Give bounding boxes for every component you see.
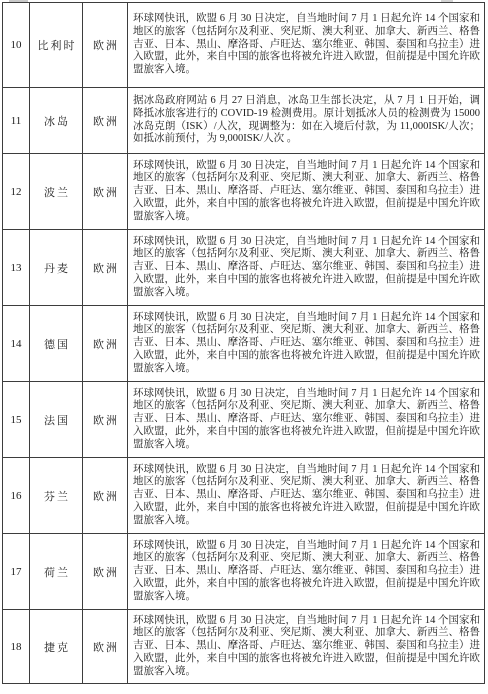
- description-cell: 据冰岛政府网站 6 月 27 日消息，冰岛卫生部长决定，从 7 月 1 日开始，…: [128, 88, 485, 154]
- region-cell: 欧洲: [83, 154, 128, 230]
- country-name-cell: 捷克: [30, 610, 83, 684]
- document-page: 10比利时欧洲环球网快讯，欧盟 6 月 30 日决定，自当地时间 7 月 1 日…: [0, 0, 488, 694]
- country-name-cell: 德国: [30, 306, 83, 382]
- description-cell: 环球网快讯，欧盟 6 月 30 日决定，自当地时间 7 月 1 日起允许 14 …: [128, 534, 485, 610]
- row-number-cell: 10: [3, 3, 30, 88]
- country-name-cell: 比利时: [30, 3, 83, 88]
- country-entry-table: 10比利时欧洲环球网快讯，欧盟 6 月 30 日决定，自当地时间 7 月 1 日…: [2, 2, 485, 684]
- description-cell: 环球网快讯，欧盟 6 月 30 日决定，自当地时间 7 月 1 日起允许 14 …: [128, 306, 485, 382]
- country-name-cell: 芬兰: [30, 458, 83, 534]
- description-cell: 环球网快讯，欧盟 6 月 30 日决定，自当地时间 7 月 1 日起允许 14 …: [128, 382, 485, 458]
- region-cell: 欧洲: [83, 88, 128, 154]
- row-number-cell: 11: [3, 88, 30, 154]
- description-cell: 环球网快讯，欧盟 6 月 30 日决定，自当地时间 7 月 1 日起允许 14 …: [128, 458, 485, 534]
- region-cell: 欧洲: [83, 458, 128, 534]
- row-number-cell: 14: [3, 306, 30, 382]
- description-cell: 环球网快讯，欧盟 6 月 30 日决定，自当地时间 7 月 1 日起允许 14 …: [128, 3, 485, 88]
- region-cell: 欧洲: [83, 230, 128, 306]
- row-number-cell: 17: [3, 534, 30, 610]
- row-number-cell: 18: [3, 610, 30, 684]
- table-row: 17荷兰欧洲环球网快讯，欧盟 6 月 30 日决定，自当地时间 7 月 1 日起…: [3, 534, 485, 610]
- description-cell: 环球网快讯，欧盟 6 月 30 日决定，自当地时间 7 月 1 日起允许 14 …: [128, 154, 485, 230]
- description-cell: 环球网快讯，欧盟 6 月 30 日决定，自当地时间 7 月 1 日起允许 14 …: [128, 230, 485, 306]
- region-cell: 欧洲: [83, 306, 128, 382]
- country-name-cell: 丹麦: [30, 230, 83, 306]
- row-number-cell: 13: [3, 230, 30, 306]
- region-cell: 欧洲: [83, 610, 128, 684]
- region-cell: 欧洲: [83, 382, 128, 458]
- row-number-cell: 15: [3, 382, 30, 458]
- table-row: 18捷克欧洲环球网快讯，欧盟 6 月 30 日决定，自当地时间 7 月 1 日起…: [3, 610, 485, 684]
- region-cell: 欧洲: [83, 3, 128, 88]
- table-row: 16芬兰欧洲环球网快讯，欧盟 6 月 30 日决定，自当地时间 7 月 1 日起…: [3, 458, 485, 534]
- table-row: 12波兰欧洲环球网快讯，欧盟 6 月 30 日决定，自当地时间 7 月 1 日起…: [3, 154, 485, 230]
- table-row: 11冰岛欧洲据冰岛政府网站 6 月 27 日消息，冰岛卫生部长决定，从 7 月 …: [3, 88, 485, 154]
- country-name-cell: 冰岛: [30, 88, 83, 154]
- table-row: 13丹麦欧洲环球网快讯，欧盟 6 月 30 日决定，自当地时间 7 月 1 日起…: [3, 230, 485, 306]
- description-cell: 环球网快讯，欧盟 6 月 30 日决定，自当地时间 7 月 1 日起允许 14 …: [128, 610, 485, 684]
- table-body: 10比利时欧洲环球网快讯，欧盟 6 月 30 日决定，自当地时间 7 月 1 日…: [3, 3, 485, 684]
- country-name-cell: 法国: [30, 382, 83, 458]
- row-number-cell: 16: [3, 458, 30, 534]
- table-row: 15法国欧洲环球网快讯，欧盟 6 月 30 日决定，自当地时间 7 月 1 日起…: [3, 382, 485, 458]
- country-name-cell: 荷兰: [30, 534, 83, 610]
- table-row: 14德国欧洲环球网快讯，欧盟 6 月 30 日决定，自当地时间 7 月 1 日起…: [3, 306, 485, 382]
- table-row: 10比利时欧洲环球网快讯，欧盟 6 月 30 日决定，自当地时间 7 月 1 日…: [3, 3, 485, 88]
- row-number-cell: 12: [3, 154, 30, 230]
- country-name-cell: 波兰: [30, 154, 83, 230]
- region-cell: 欧洲: [83, 534, 128, 610]
